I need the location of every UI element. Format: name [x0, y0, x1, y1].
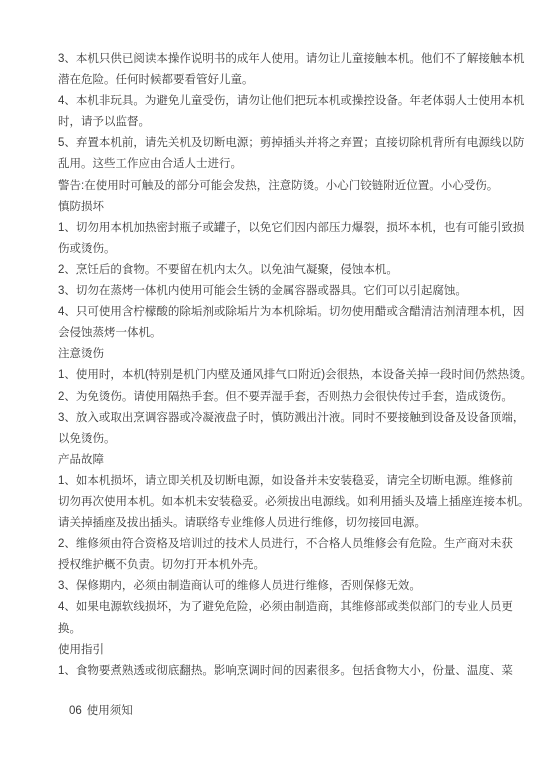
text-line: 4、如果电源软线损坏，为了避免危险，必须由制造商，其维修部或类似部门的专业人员更: [58, 597, 530, 618]
footer-page-number: 06: [69, 705, 82, 717]
text-line: 授权维护概不负责。切勿打开本机外壳。: [58, 555, 530, 576]
text-line: 2、维修须由符合资格及培训过的技术人员进行，不合格人员维修会有危险。生产商对未获: [58, 534, 530, 555]
text-line: 伤或烫伤。: [58, 239, 530, 260]
section-heading: 慎防损坏: [58, 197, 530, 218]
text-line: 警告:在使用时可触及的部分可能会发热，注意防烫。小心门铰链附近位置。小心受伤。: [58, 176, 530, 197]
text-line: 3、放入或取出烹调容器或冷凝液盘子时，慎防溅出汁液。同时不要接触到设备及设备顶端…: [58, 408, 530, 429]
text-line: 2、烹饪后的食物。不要留在机内太久。以免油气凝聚，侵蚀本机。: [58, 260, 530, 281]
text-line: 切勿再次使用本机。如本机未安装稳妥。必须拔出电源线。如利用插头及墙上插座连接本机…: [58, 492, 530, 513]
manual-page: 3、本机只供已阅读本操作说明书的成年人使用。请勿让儿童接触本机。他们不了解接触本…: [0, 0, 548, 760]
text-line: 3、切勿在蒸烤一体机内使用可能会生锈的金属容器或器具。它们可以引起腐蚀。: [58, 281, 530, 302]
text-line: 1、食物要煮熟透或彻底翻热。影响烹调时间的因素很多。包括食物大小，份量、温度、菜: [58, 661, 530, 682]
text-line: 4、本机非玩具。为避免儿童受伤，请勿让他们把玩本机或操控设备。年老体弱人士使用本…: [58, 91, 530, 112]
footer-section-title: 使用须知: [87, 705, 133, 717]
text-line: 会侵蚀蒸烤一体机。: [58, 323, 530, 344]
text-line: 换。: [58, 619, 530, 640]
page-content: 3、本机只供已阅读本操作说明书的成年人使用。请勿让儿童接触本机。他们不了解接触本…: [58, 49, 530, 682]
section-heading: 产品故障: [58, 450, 530, 471]
text-line: 乱用。这些工作应由合适人士进行。: [58, 154, 530, 175]
section-heading: 使用指引: [58, 640, 530, 661]
text-line: 3、保修期内，必须由制造商认可的维修人员进行维修，否则保修无效。: [58, 576, 530, 597]
text-line: 以免烫伤。: [58, 429, 530, 450]
text-line: 1、切勿用本机加热密封瓶子或罐子，以免它们因内部压力爆裂，损坏本机，也有可能引致…: [58, 218, 530, 239]
text-line: 4、只可使用含柠檬酸的除垢剂或除垢片为本机除垢。切勿使用醋或含醋清洁剂清理本机，…: [58, 302, 530, 323]
text-line: 时，请予以监督。: [58, 112, 530, 133]
text-line: 3、本机只供已阅读本操作说明书的成年人使用。请勿让儿童接触本机。他们不了解接触本…: [58, 49, 530, 70]
text-line: 5、弃置本机前，请先关机及切断电源；剪掉插头并将之弃置；直接切除机背所有电源线以…: [58, 133, 530, 154]
page-footer: 06使用须知: [69, 704, 133, 718]
text-line: 请关掉插座及拔出插头。请联络专业维修人员进行维修，切勿接回电源。: [58, 513, 530, 534]
text-line: 1、如本机损坏，请立即关机及切断电源，如设备并未安装稳妥，请完全切断电源。维修前: [58, 471, 530, 492]
section-heading: 注意烫伤: [58, 344, 530, 365]
text-line: 潜在危险。任何时候都要看管好儿童。: [58, 70, 530, 91]
text-line: 1、使用时，本机(特别是机门内壁及通风排气口附近)会很热，本设备关掉一段时间仍然…: [58, 365, 530, 386]
text-line: 2、为免烫伤。请使用隔热手套。但不要弄湿手套，否则热力会很快传过手套，造成烫伤。: [58, 387, 530, 408]
